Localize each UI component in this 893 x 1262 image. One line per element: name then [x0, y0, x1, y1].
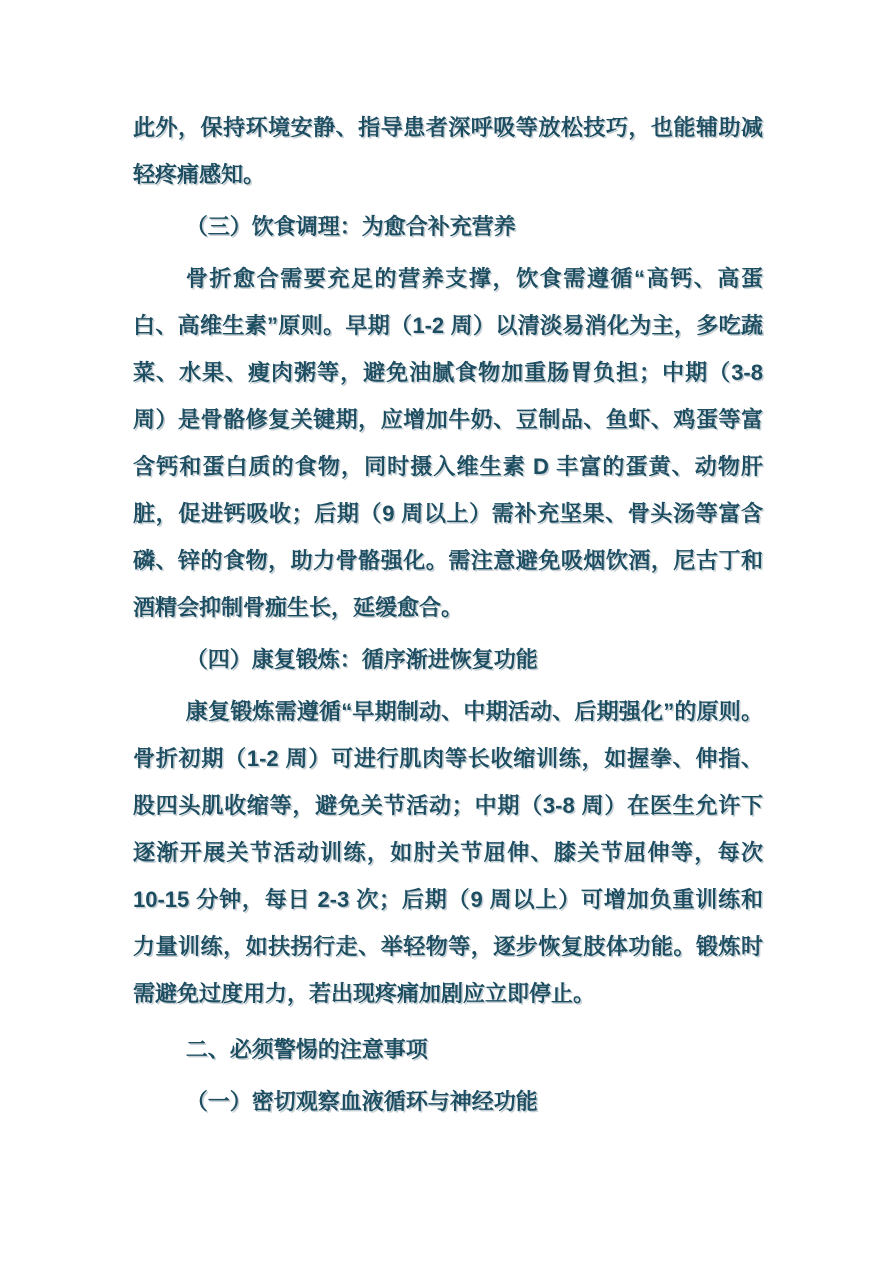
heading-section-two-precautions: 二、必须警惕的注意事项	[133, 1026, 763, 1073]
paragraph-diet-nutrition: 骨折愈合需要充足的营养支撑，饮食需遵循“高钙、高蛋白、高维生素”原则。早期（1-…	[133, 255, 763, 631]
heading-diet-conditioning: （三）饮食调理：为愈合补充营养	[133, 203, 763, 250]
heading-rehab-exercise: （四）康复锻炼：循序渐进恢复功能	[133, 636, 763, 683]
paragraph-pain-relief-continued: 此外，保持环境安静、指导患者深呼吸等放松技巧，也能辅助减轻疼痛感知。	[133, 104, 763, 198]
paragraph-rehab-exercise: 康复锻炼需遵循“早期制动、中期活动、后期强化”的原则。骨折初期（1-2 周）可进…	[133, 688, 763, 1017]
heading-circulation-nerve-monitoring: （一）密切观察血液循环与神经功能	[133, 1078, 763, 1125]
document-page: 此外，保持环境安静、指导患者深呼吸等放松技巧，也能辅助减轻疼痛感知。 （三）饮食…	[0, 0, 893, 1262]
document-content: 此外，保持环境安静、指导患者深呼吸等放松技巧，也能辅助减轻疼痛感知。 （三）饮食…	[133, 104, 763, 1130]
